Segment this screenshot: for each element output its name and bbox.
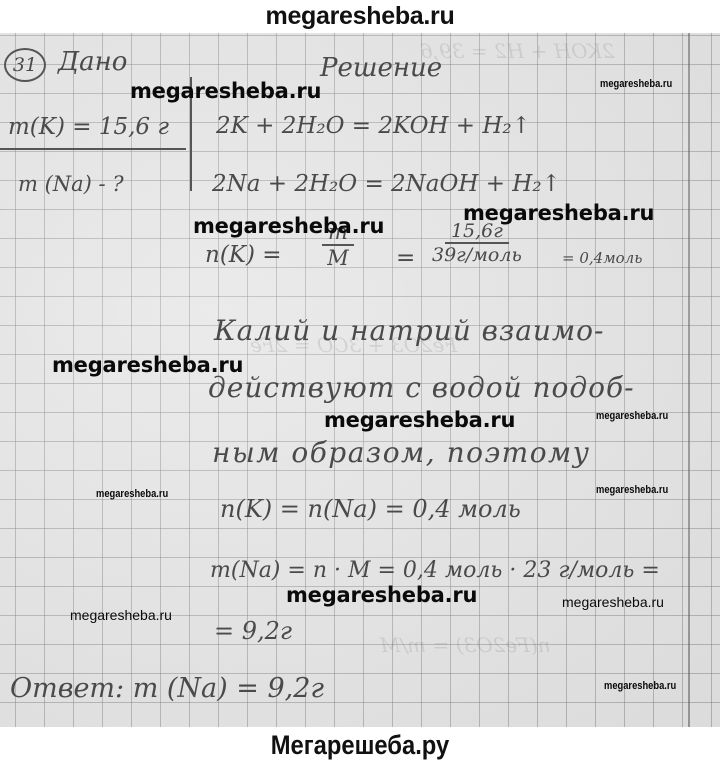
moles-result: = 0,4моль — [562, 249, 642, 267]
watermark: megaresheba.ru — [130, 79, 321, 103]
explanation-line-2: действуют с водой подоб- — [208, 371, 635, 404]
page-margin-line — [688, 33, 690, 727]
watermark: megaresheba.ru — [96, 488, 168, 500]
equals-sign: = — [396, 245, 415, 271]
watermark: megaresheba.ru — [324, 408, 515, 432]
watermark: megaresheba.ru — [70, 607, 172, 623]
explanation-line-1: Калий и натрий взаимо- — [214, 314, 605, 347]
final-answer: Ответ: m (Na) = 9,2г — [10, 673, 324, 704]
solution-heading: Решение — [320, 53, 442, 83]
equation-sodium: 2Na + 2H₂O = 2NaOH + H₂↑ — [212, 171, 561, 197]
watermark: megaresheba.ru — [463, 201, 654, 225]
problem-number: 31 — [4, 48, 46, 82]
moles-lhs: n(K) = — [205, 242, 282, 268]
watermark: megaresheba.ru — [52, 353, 243, 377]
watermark: megaresheba.ru — [596, 484, 668, 496]
given-mass-k: m(K) = 15,6 г — [8, 114, 169, 140]
equation-potassium: 2K + 2H₂O = 2KOH + H₂↑ — [216, 113, 531, 139]
moles-equality: n(K) = n(Na) = 0,4 моль — [220, 495, 521, 523]
watermark: megaresheba.ru — [193, 214, 384, 238]
mass-result: = 9,2г — [214, 617, 292, 645]
bleed-through-text: n(Fe2O3) = m/M — [380, 633, 551, 657]
watermark: megaresheba.ru — [562, 594, 664, 610]
site-footer-title: Мегарешеба.ру — [43, 727, 677, 761]
notebook-page: 2KOH + H2 = 39,6 Fe2O3 + 3CO = 2Fe n(Fe2… — [0, 33, 720, 727]
watermark: megaresheba.ru — [600, 78, 672, 90]
watermark: megaresheba.ru — [604, 680, 676, 692]
watermark: megaresheba.ru — [596, 410, 668, 422]
given-find-divider — [0, 148, 186, 150]
bleed-through-text: 2KOH + H2 = 39,6 — [420, 39, 615, 63]
explanation-line-3: ным образом, поэтому — [212, 436, 591, 469]
mass-calculation: m(Na) = n · M = 0,4 моль · 23 г/моль = — [210, 558, 660, 583]
fraction-denominator: 39г/моль — [432, 244, 522, 266]
fraction-denominator: M — [327, 246, 349, 270]
site-header-title: megaresheba.ru — [0, 0, 720, 33]
find-mass-na: m (Na) - ? — [18, 172, 124, 196]
watermark: megaresheba.ru — [286, 583, 477, 607]
given-heading: Дано — [58, 47, 127, 77]
fraction-values: 15,6г 39г/моль — [432, 220, 522, 266]
